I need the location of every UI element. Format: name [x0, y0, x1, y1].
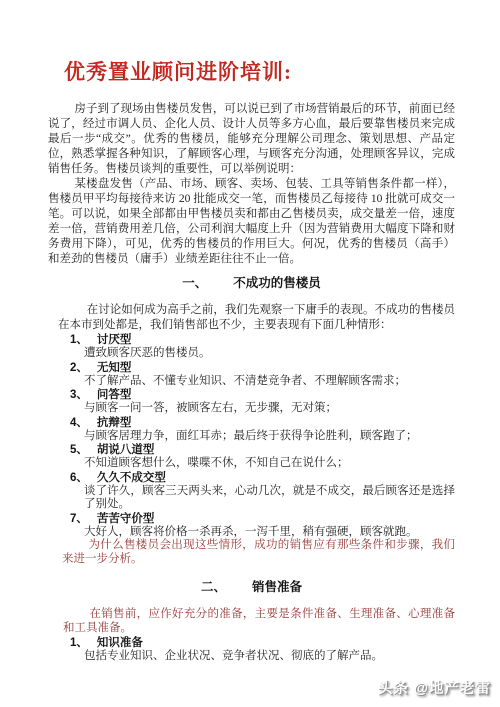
- item-number: 2、: [70, 362, 88, 374]
- section1-closing-note: 为什么售楼员会出现这些情形，成功的销售应有那些条件和步骤，我们来进一步分析。: [62, 539, 455, 566]
- list-item: 7、苦苦守价型 大好人，顾客将价格一杀再杀，一泻千里，稍有强硬，顾客就跑。: [0, 513, 500, 540]
- item-number: 1、: [70, 334, 88, 346]
- item-number: 1、: [70, 637, 88, 649]
- section2-heading: 二、销售准备: [48, 577, 455, 595]
- item-label: 久久不成交型: [97, 472, 166, 484]
- item-description: 不了解产品、不懂专业知识、不清楚竞争者、不理解顾客需求；: [84, 375, 455, 389]
- list-item: 5、胡说八道型 不知道顾客想什么，喋喋不休，不知自己在说什么；: [0, 444, 500, 471]
- item-label: 抗辩型: [97, 417, 132, 429]
- item-description: 不知道顾客想什么，喋喋不休，不知自己在说什么；: [84, 457, 455, 471]
- section1-heading: 一、不成功的售楼员: [48, 273, 455, 291]
- item-number: 5、: [70, 444, 88, 456]
- item-description: 与顾客居理力争，面红耳赤；最后终于获得争论胜利，顾客跑了；: [84, 430, 455, 444]
- item-description: 包括专业知识、企业状况、竞争者状况、彻底的了解产品。: [84, 650, 455, 664]
- item-number: 6、: [70, 472, 88, 484]
- item-number: 4、: [70, 417, 88, 429]
- section2-title: 销售准备: [252, 580, 302, 594]
- item-label: 讨厌型: [97, 334, 132, 346]
- list-item: 1、讨厌型 遭致顾客厌恶的售楼员。: [0, 334, 500, 361]
- item-description: 遭致顾客厌恶的售楼员。: [84, 347, 455, 361]
- section1-intro: 在讨论如何成为高手之前，我们先观察一下庸手的表现。不成功的售楼员在本市到处都是，…: [58, 303, 455, 333]
- list-item: 1、知识准备 包括专业知识、企业状况、竞争者状况、彻底的了解产品。: [0, 637, 500, 664]
- item-label: 知识准备: [97, 637, 143, 649]
- item-number: 3、: [70, 389, 88, 401]
- page-title: 优秀置业顾问进阶培训:: [64, 56, 455, 86]
- list-item: 2、无知型 不了解产品、不懂专业知识、不清楚竞争者、不理解顾客需求；: [0, 362, 500, 389]
- section2-number: 二、: [201, 580, 226, 594]
- document-page: 优秀置业顾问进阶培训: 房子到了现场由售楼员发售，可以说已到了市场营销最后的环节…: [0, 0, 500, 707]
- item-label: 问答型: [97, 389, 132, 401]
- section1-title: 不成功的售楼员: [233, 276, 321, 290]
- intro-paragraph-2: 某楼盘发售（产品、市场、顾客、卖场、包装、工具等销售条件都一样），售楼员甲平均每…: [48, 177, 455, 267]
- item-description: 与顾客一问一答，被顾客左右，无步骤，无对策；: [84, 402, 455, 416]
- intro-paragraph-1: 房子到了现场由售楼员发售，可以说已到了市场营销最后的环节，前面已经说了，经过市调…: [48, 102, 455, 177]
- item-number: 7、: [70, 513, 88, 525]
- list-item: 4、抗辩型 与顾客居理力争，面红耳赤；最后终于获得争论胜利，顾客跑了；: [0, 417, 500, 444]
- list-item: 6、久久不成交型 谈了许久，顾客三天两头来，心动几次，就是不成交，最后顾客还是选…: [0, 472, 500, 512]
- list-item: 3、问答型 与顾客一问一答，被顾客左右，无步骤，无对策；: [0, 389, 500, 416]
- item-label: 无知型: [97, 362, 132, 374]
- item-label: 胡说八道型: [97, 444, 155, 456]
- toutiao-watermark: 头条 @地产老雷: [378, 677, 491, 698]
- section1-number: 一、: [182, 276, 207, 290]
- item-label: 苦苦守价型: [97, 513, 155, 525]
- failure-types-list: 1、讨厌型 遭致顾客厌恶的售楼员。 2、无知型 不了解产品、不懂专业知识、不清楚…: [0, 334, 500, 539]
- item-description: 谈了许久，顾客三天两头来，心动几次，就是不成交，最后顾客还是选择了别处。: [84, 485, 455, 512]
- section2-intro: 在销售前，应作好充分的准备，主要是条件准备、生理准备、心理准备和工具准备。: [63, 608, 455, 635]
- item-description: 大好人，顾客将价格一杀再杀，一泻千里，稍有强硬，顾客就跑。: [84, 526, 455, 540]
